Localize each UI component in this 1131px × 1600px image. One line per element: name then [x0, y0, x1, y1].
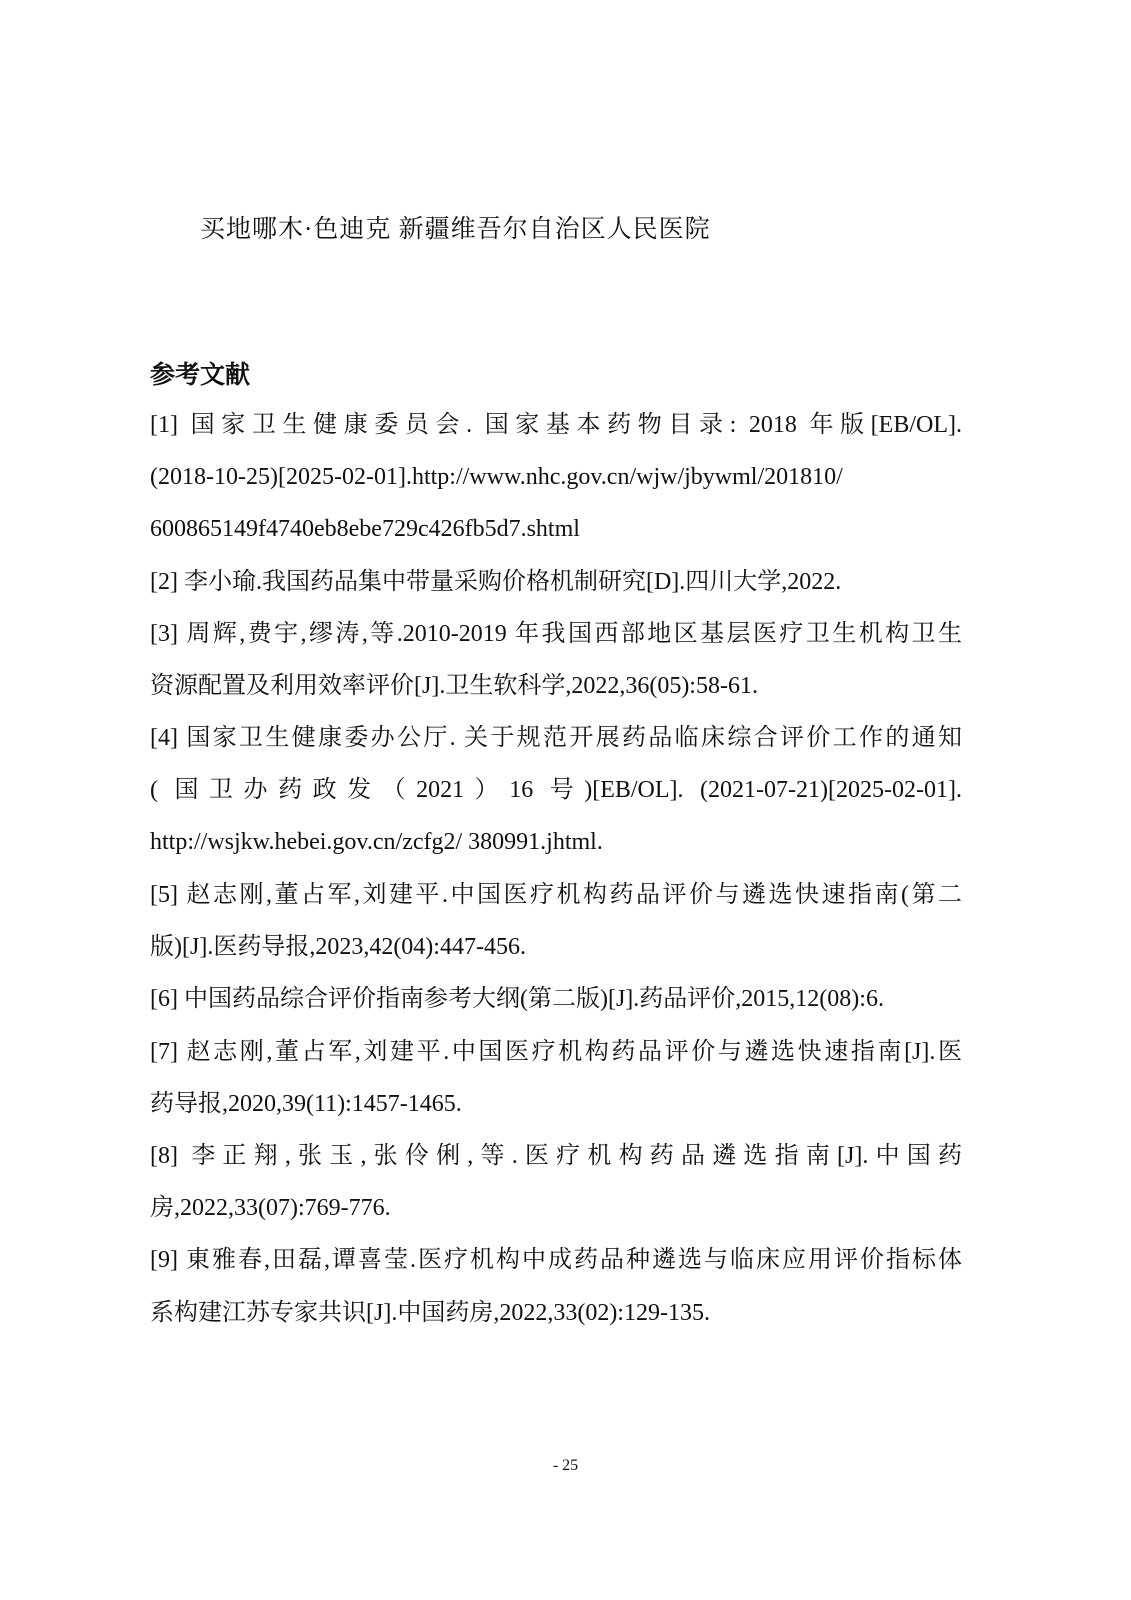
reference-line: http://wsjkw.hebei.gov.cn/zcfg2/ 380991.… [150, 826, 962, 858]
reference-line: 药导报,2020,39(11):1457-1465. [150, 1088, 962, 1120]
reference-line: [5] 赵志刚,董占军,刘建平.中国医疗机构药品评价与遴选快速指南(第二 [150, 879, 962, 911]
reference-line: [8] 李正翔,张玉,张伶俐,等.医疗机构药品遴选指南[J].中国药 [150, 1140, 962, 1172]
reference-line: [1] 国家卫生健康委员会. 国家基本药物目录: 2018 年版[EB/OL]. [150, 409, 962, 441]
reference-line: [6] 中国药品综合评价指南参考大纲(第二版)[J].药品评价,2015,12(… [150, 983, 962, 1015]
reference-line: [4] 国家卫生健康委办公厅. 关于规范开展药品临床综合评价工作的通知 [150, 722, 962, 754]
page-number: - 25 [0, 1457, 1131, 1475]
references-heading: 参考文献 [150, 355, 250, 391]
document-page: 买地哪木·色迪克 新疆维吾尔自治区人民医院 参考文献 [1] 国家卫生健康委员会… [0, 0, 1131, 1600]
reference-line: (2018-10-25)[2025-02-01].http://www.nhc.… [150, 461, 962, 493]
reference-line: 房,2022,33(07):769-776. [150, 1192, 962, 1224]
reference-line: 资源配置及利用效率评价[J].卫生软科学,2022,36(05):58-61. [150, 670, 962, 702]
reference-line: 版)[J].医药导报,2023,42(04):447-456. [150, 931, 962, 963]
reference-line: [3] 周辉,费宇,缪涛,等.2010-2019 年我国西部地区基层医疗卫生机构… [150, 618, 962, 650]
reference-line: [7] 赵志刚,董占军,刘建平.中国医疗机构药品评价与遴选快速指南[J].医 [150, 1036, 962, 1068]
reference-line: ( 国卫办药政发（2021）16 号)[EB/OL]. (2021-07-21)… [150, 774, 962, 806]
reference-line: [9] 東雅春,田磊,谭喜莹.医疗机构中成药品种遴选与临床应用评价指标体 [150, 1244, 962, 1276]
reference-line: [2] 李小瑜.我国药品集中带量采购价格机制研究[D].四川大学,2022. [150, 566, 962, 598]
author-affiliation: 买地哪木·色迪克 新疆维吾尔自治区人民医院 [200, 209, 711, 245]
reference-line: 600865149f4740eb8ebe729c426fb5d7.shtml [150, 513, 962, 545]
reference-line: 系构建江苏专家共识[J].中国药房,2022,33(02):129-135. [150, 1297, 962, 1329]
